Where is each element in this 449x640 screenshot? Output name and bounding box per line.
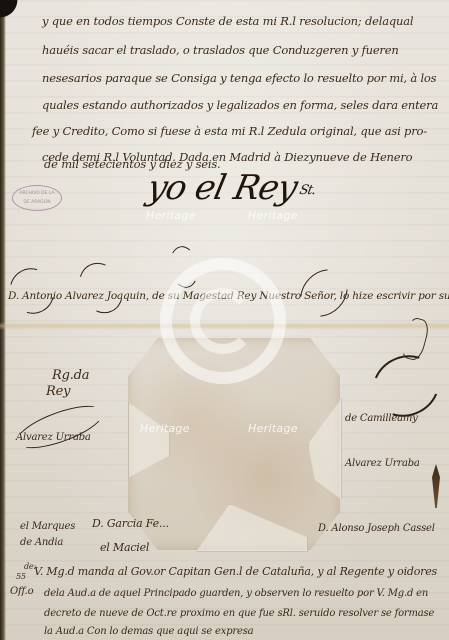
- summary-line-3: decreto de nueve de Oct.re proximo en qu…: [44, 608, 434, 619]
- summary-line-1: V. Mg.d manda al Gov.or Capitan Gen.l de…: [34, 565, 437, 578]
- margin-note-offo: Off.o: [10, 586, 33, 597]
- flourish-left-signature: [12, 397, 109, 457]
- summary-line-2: dela Aud.a de aquel Principado guarden, …: [44, 588, 428, 599]
- body-line-3: nesesarios paraque se Consiga y tenga ef…: [42, 71, 436, 85]
- stamp-line-1: ARCHIVO DE LA: [13, 189, 61, 198]
- royal-signature: yo el ReySt.: [144, 168, 320, 208]
- royal-rubric: St.: [298, 183, 316, 198]
- body-line-1: y que en todos tiempos Conste de esta mi…: [42, 14, 413, 28]
- margin-note-camilleamy: de Camilleamy: [345, 413, 418, 424]
- summary-line-4: la Aud.a Con lo demas que aqui se expres…: [44, 626, 253, 637]
- stamp-line-3: DE ARAGON: [13, 198, 61, 207]
- margin-note-rey: Rey: [46, 384, 70, 399]
- watermark-text-seal-left: Heritage: [140, 422, 190, 435]
- page-corner-shadow: [0, 0, 18, 22]
- signature-maciel: el Maciel: [100, 541, 149, 554]
- watermark-text-right: Heritage: [248, 209, 298, 222]
- archive-stamp: ARCHIVO DE LA DE ARAGON: [12, 185, 62, 211]
- royal-signature-text: yo el Rey: [144, 168, 301, 208]
- watermark-text-seal-right: Heritage: [248, 422, 298, 435]
- body-line-4: quales estando authorizados y legalizado…: [42, 98, 438, 112]
- flourish-a: [71, 256, 131, 321]
- watermark-text-left: Heritage: [146, 209, 196, 222]
- margin-note-alvarez-right: Alvarez Urraba: [345, 458, 420, 469]
- margin-note-rgda: Rg.da: [52, 368, 89, 383]
- margin-note-55: 55: [16, 572, 26, 581]
- page-edge-shadow: [0, 0, 6, 640]
- body-line-5: fee y Credito, Como si fuese à esta mi R…: [32, 124, 427, 138]
- signature-alonso: D. Alonso Joseph Cassel: [318, 523, 435, 534]
- body-line-2: hauéis sacar el traslado, o traslados qu…: [42, 43, 399, 57]
- signature-garcia: D. Garcia Fe...: [92, 517, 169, 530]
- quill-mark: [432, 464, 440, 508]
- margin-note-marques: el Marques: [20, 521, 75, 532]
- watermark-copyright-c: [190, 288, 256, 354]
- margin-note-andia: de Andia: [20, 537, 63, 548]
- document-page: y que en todos tiempos Conste de esta mi…: [0, 0, 449, 640]
